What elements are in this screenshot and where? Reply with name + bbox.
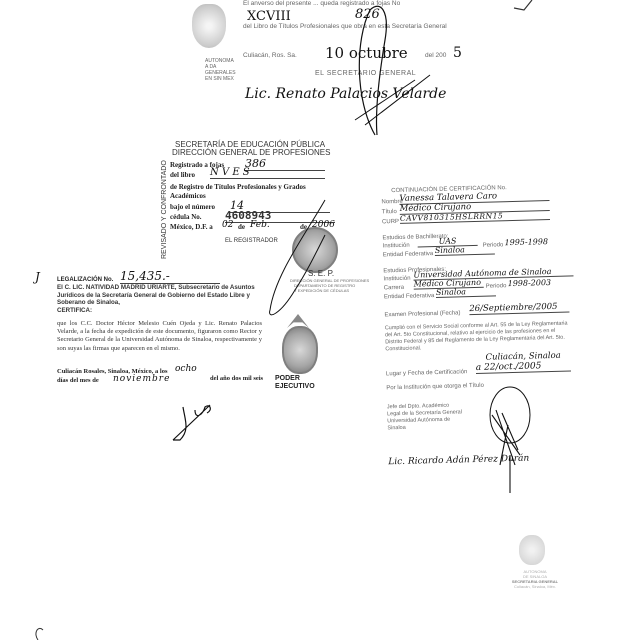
examen-label: Examen Profesional (Fecha) (384, 309, 460, 319)
seal-caption-line: Culiacán, Sinaloa, Méx. (505, 584, 565, 589)
por-label: Por la Institución que otorga el Título (386, 382, 484, 393)
stamp-year-suffix: 5 (453, 45, 462, 61)
de-label: de (238, 223, 245, 231)
university-seal-icon (519, 535, 545, 565)
stray-mark-icon (512, 0, 537, 15)
state-seal-icon (282, 326, 318, 374)
legalization-block: J LEGALIZACIÓN No. 15,435.- El C. LIC. N… (35, 268, 335, 393)
legalization-body: El C. LIC. NATIVIDAD MADRID URIARTE, Sub… (57, 284, 257, 307)
signature-icon (335, 0, 445, 140)
libro-label: del libro (170, 171, 195, 179)
signature-icon (480, 385, 540, 495)
prof-entidad-value: Sinaloa (436, 286, 496, 298)
day-value: 02 (222, 220, 233, 230)
month-handwritten: noviembre (113, 374, 170, 384)
prof-periodo-value: 1998-2003 (508, 278, 552, 288)
legalization-mark: J (35, 270, 40, 284)
bach-entidad-value: Sinaloa (435, 244, 495, 256)
curp-label: CURP (382, 218, 399, 226)
year-text: del año dos mil seis (210, 375, 263, 382)
prof-entidad-label: Entidad Federativa (384, 292, 435, 301)
certification-text: que los C.C. Doctor Héctor Melesio Cuén … (57, 320, 262, 353)
bottom-seal: AUTONOMA DE SINALOA SECRETARIA GENERAL C… (505, 535, 565, 595)
libro-value: N V E S (210, 167, 325, 179)
bach-entidad-label: Entidad Federativa (383, 250, 434, 259)
prof-inst-label: Institución (383, 275, 410, 284)
legalization-label: LEGALIZACIÓN No. (57, 276, 113, 284)
stamp-place: Culiacán, Ros. Sa. (243, 52, 297, 60)
lugar-label: Lugar y Fecha de Certificación (386, 368, 468, 378)
cedula-label: cédula No. (170, 213, 202, 221)
seal-caption: AUTONOMA A DA GENERALES EN SIN MEX (205, 58, 236, 82)
day-handwritten: ocho (175, 364, 197, 374)
fojas-value: XCVIII (247, 9, 291, 24)
stray-mark-icon (28, 625, 48, 640)
dias-label: días del mes de (57, 377, 99, 384)
jefe-text: Jefe del Dpto. Académico Legal de la Sec… (387, 402, 463, 432)
bach-inst-label: Institución (383, 242, 410, 251)
side-label: REVISADO Y CONFRONTADO (161, 149, 169, 259)
carrera-label: Carrera (384, 284, 405, 293)
poder-ejecutivo-label: PODER EJECUTIVO (275, 375, 335, 391)
continuation-block: CONTINUACIÓN DE CERTIFICACIÓN No. Nombre… (371, 182, 579, 487)
titulo-label: Título (382, 208, 397, 216)
servicio-text: Cumplió con el Servicio Social conforme … (385, 321, 571, 354)
signature-icon (165, 395, 225, 450)
examen-value: 26/Septiembre/2005 (469, 302, 569, 316)
bach-periodo-value: 1995-1998 (504, 237, 548, 247)
certifica-label: CERTIFICA: (57, 307, 92, 315)
mexico-label: México, D.F. a (170, 223, 213, 231)
university-seal-icon (192, 4, 226, 48)
seal-caption-line: EN SIN MEX (205, 76, 236, 82)
legalization-number: 15,435.- (120, 269, 220, 284)
numero-label: bajo el número (170, 203, 215, 211)
sep-title2: DIRECCIÓN GENERAL DE PROFESIONES (172, 149, 330, 157)
fecha-value: a 22/oct./2005 (476, 361, 571, 374)
top-stamp: AUTONOMA A DA GENERALES EN SIN MEX El an… (185, 0, 485, 110)
